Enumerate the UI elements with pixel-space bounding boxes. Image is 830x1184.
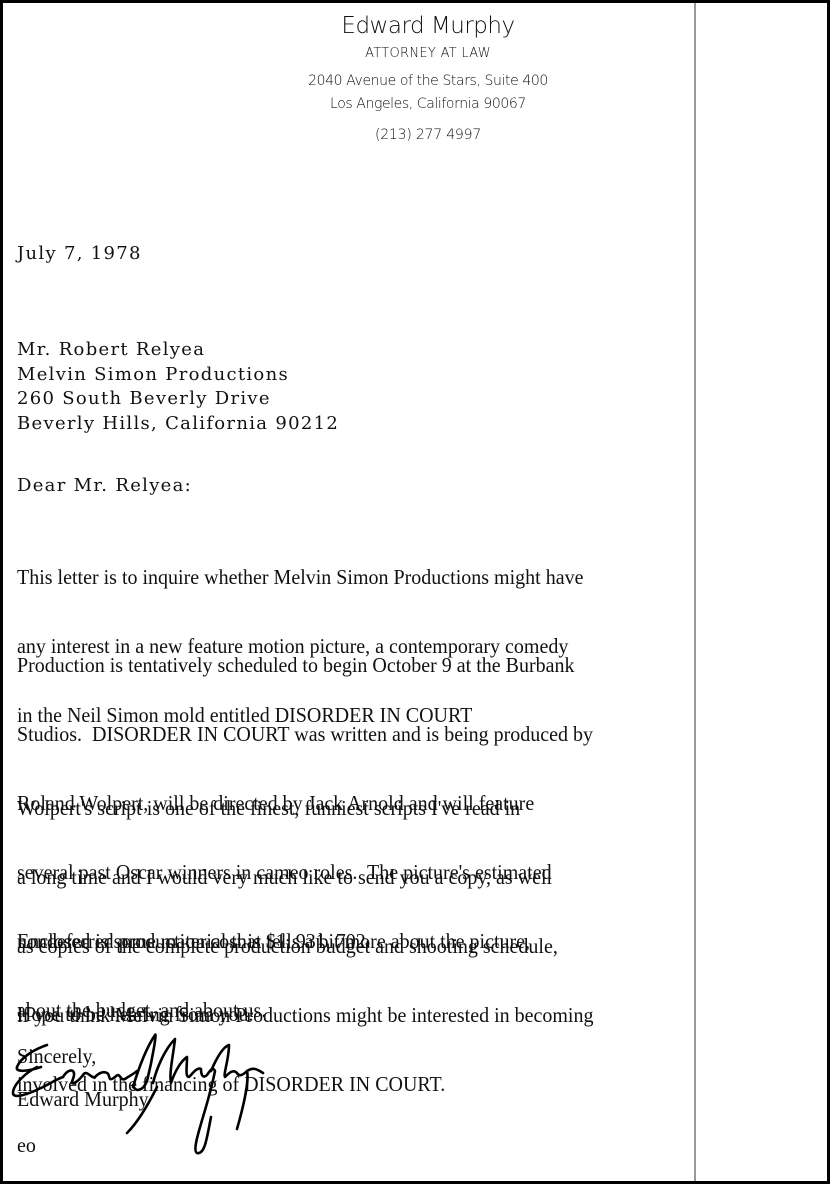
recipient-street: 260 South Beverly Drive — [17, 387, 339, 412]
letterhead-address: 2040 Avenue of the Stars, Suite 400 Los … — [293, 70, 563, 116]
letter-page: Edward Murphy ATTORNEY AT LAW 2040 Avenu… — [0, 0, 830, 1184]
paragraph-line: Wolpert's script is one of the finest, f… — [17, 797, 772, 820]
letterhead: Edward Murphy ATTORNEY AT LAW 2040 Avenu… — [293, 11, 563, 145]
paragraph-line: Studios. DISORDER IN COURT was written a… — [17, 723, 772, 746]
letterhead-title: ATTORNEY AT LAW — [293, 45, 563, 63]
paragraph-line: Production is tentatively scheduled to b… — [17, 654, 772, 677]
letterhead-address-line2: Los Angeles, California 90067 — [293, 93, 563, 116]
recipient-name: Mr. Robert Relyea — [17, 338, 339, 363]
recipient-city: Beverly Hills, California 90212 — [17, 412, 339, 437]
letterhead-phone: (213) 277 4997 — [293, 125, 563, 145]
salutation: Dear Mr. Relyea: — [17, 474, 192, 499]
letterhead-address-line1: 2040 Avenue of the Stars, Suite 400 — [293, 70, 563, 93]
recipient-address: Mr. Robert Relyea Melvin Simon Productio… — [17, 338, 339, 436]
signer-name: Edward Murphy — [17, 1088, 772, 1111]
recipient-company: Melvin Simon Productions — [17, 363, 339, 388]
typist-initials: eo — [17, 1134, 772, 1157]
letterhead-name: Edward Murphy — [293, 11, 563, 41]
letter-date: July 7, 1978 — [17, 242, 142, 267]
paragraph-line: Enclosed is some material that tells a b… — [17, 930, 772, 953]
paragraph-line: This letter is to inquire whether Melvin… — [17, 566, 772, 589]
